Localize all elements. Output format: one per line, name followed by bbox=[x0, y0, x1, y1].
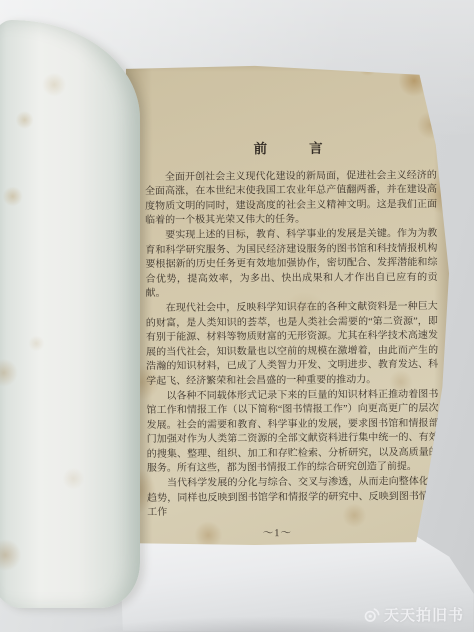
watermark-text: 天天拍旧书 bbox=[384, 604, 464, 625]
curled-pages-roll bbox=[0, 20, 140, 608]
page-number: ～1～ bbox=[131, 526, 423, 543]
weibo-eye-icon bbox=[363, 607, 380, 623]
photo-open-book: 前 言 全面开创社会主义现代化建设的新局面，促进社会主义经济的全面高涨，在本世纪… bbox=[0, 0, 474, 632]
paragraph-4: 以各种不同载体形式记录下来的巨量的知识材料正推动着图书馆工作和情报工作（以下简称… bbox=[146, 387, 439, 477]
book-page: 前 言 全面开创社会主义现代化建设的新局面，促进社会主义经济的全面高涨，在本世纪… bbox=[122, 56, 454, 550]
watermark: 天天拍旧书 bbox=[363, 604, 464, 625]
page-top-shadow bbox=[122, 56, 454, 72]
paragraph-3: 在现代社会中，反映科学知识存在的各种文献资料是一种巨大的财富，是人类知识的荟萃，… bbox=[146, 300, 439, 390]
page-text-block: 前 言 全面开创社会主义现代化建设的新局面，促进社会主义经济的全面高涨，在本世纪… bbox=[145, 141, 440, 542]
page-title: 前 言 bbox=[145, 141, 437, 158]
paragraph-5: 当代科学发展的分化与综合、交叉与渗透，从而走向整体化的趋势，同样也反映到图书馆学… bbox=[147, 475, 439, 521]
paragraph-2: 要实现上述的目标，教育、科学事业的发展是关键。作为为教育和科学研究服务、为国民经… bbox=[145, 227, 438, 302]
paragraph-1: 全面开创社会主义现代化建设的新局面，促进社会主义经济的全面高涨，在本世纪末使我国… bbox=[145, 169, 437, 229]
